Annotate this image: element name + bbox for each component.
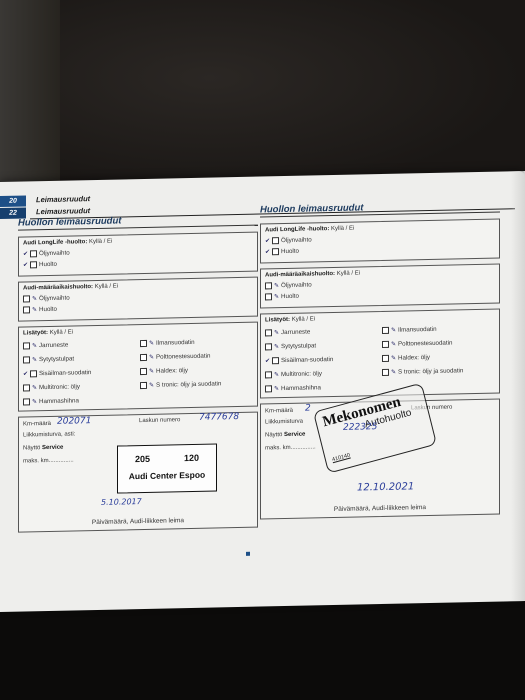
checkbox-row: ✎Multitronic: öljy (265, 369, 378, 378)
box-heading: Audi LongLife -huolto: (265, 226, 329, 233)
checkbox[interactable] (272, 357, 279, 364)
checkbox[interactable] (265, 371, 272, 378)
column-title: Huollon leimausruudut (260, 200, 500, 218)
checkbox[interactable] (382, 327, 389, 334)
strike-mark-icon: ✎ (274, 385, 279, 392)
display-label: Näyttö Service (265, 432, 305, 439)
max-km-label: maks. km............... (265, 444, 316, 451)
checkbox-label: Sisäilman-suodatin (281, 356, 333, 364)
longlife-box: Audi LongLife -huolto: Kyllä / Ei ✔Öljyn… (260, 219, 500, 264)
yes-no-label: Kyllä / Ei (292, 316, 315, 322)
checkbox-row: ✎Multitronic: öljy (23, 382, 136, 391)
box-heading: Audi-määräaikaishuolto: (265, 271, 335, 278)
yes-no-label: Kyllä / Ei (337, 270, 360, 276)
checkbox[interactable] (140, 368, 147, 375)
checkbox-label: Haldex: öljy (398, 354, 430, 362)
stamp-number: 205 (135, 454, 150, 464)
checkbox-label: Haldex: öljy (156, 367, 188, 375)
service-book-page: 20 Leimausruudut 22 Leimausruudut Huollo… (0, 171, 525, 612)
checkbox-row: ✎Jarruneste (23, 340, 136, 349)
right-stamp-column: Huollon leimausruudut Audi LongLife -huo… (260, 200, 500, 525)
checkbox[interactable] (382, 369, 389, 376)
checkbox-label: Multitronic: öljy (281, 370, 322, 378)
left-stamp-column: Huollon leimausruudut Audi LongLife -huo… (18, 213, 258, 538)
checkbox-row: ✎Haldex: öljy (140, 366, 253, 375)
checkbox[interactable] (30, 370, 37, 377)
yes-no-label: Kyllä / Ei (50, 329, 73, 335)
strike-mark-icon: ✎ (274, 371, 279, 378)
check-mark-icon: ✔ (265, 237, 270, 244)
service-record-box: Km-määrä 202071 Laskun numero 7477678 Li… (18, 412, 258, 533)
checkbox[interactable] (140, 382, 147, 389)
box-heading: Audi-määräaikaishuolto: (23, 284, 93, 291)
checkbox-row: ✔Öljynvaihto (265, 233, 495, 245)
strike-mark-icon: ✎ (274, 293, 279, 300)
maaraaikais-box: Audi-määräaikaishuolto: Kyllä / Ei ✎Öljy… (260, 264, 500, 309)
maaraaikais-box: Audi-määräaikaishuolto: Kyllä / Ei ✎Öljy… (18, 277, 258, 322)
strike-mark-icon: ✎ (149, 340, 154, 347)
check-mark-icon: ✔ (23, 261, 28, 268)
yes-no-label: Kyllä / Ei (89, 239, 112, 245)
strike-mark-icon: ✎ (32, 398, 37, 405)
checkbox[interactable] (23, 342, 30, 349)
box-heading: Audi LongLife -huolto: (23, 239, 87, 246)
checkbox[interactable] (30, 250, 37, 257)
warranty-label: Liikkumisturva, asti: (23, 431, 75, 438)
display-label: Näyttö Service (23, 445, 63, 452)
page-number-tab: 20 (0, 195, 26, 207)
checkbox-row: ✎Hammashihna (23, 396, 136, 405)
checkbox-row: ✎Huolto (265, 289, 495, 301)
checkbox-row: ✎S tronic: öljy ja suodatin (140, 380, 253, 389)
dark-background (0, 0, 525, 195)
checkbox[interactable] (23, 384, 30, 391)
dark-surface (0, 600, 525, 700)
checkbox-row: ✎Ilmansuodatin (382, 325, 495, 334)
longlife-box: Audi LongLife -huolto: Kyllä / Ei ✔Öljyn… (18, 232, 258, 277)
km-value-handwritten: 202071 (57, 416, 91, 427)
strike-mark-icon: ✎ (32, 295, 37, 302)
invoice-label: Laskun numero (139, 417, 180, 424)
strike-mark-icon: ✎ (149, 382, 154, 389)
display-text: Näyttö (265, 432, 282, 438)
strike-mark-icon: ✎ (391, 327, 396, 334)
checkbox-label: Sisäilman-suodatin (39, 369, 91, 377)
invoice-value-handwritten: 7477678 (199, 412, 239, 423)
date-stamp-label: Päivämäärä, Audi-liikkeen leima (19, 516, 257, 528)
checkbox-label: Jarruneste (281, 329, 310, 337)
strike-mark-icon: ✎ (274, 329, 279, 336)
checkbox-label: S tronic: öljy ja suodatin (156, 380, 221, 388)
checkbox-row: ✎Öljynvaihto (265, 278, 495, 290)
checkbox-row: ✎Sytytystulpat (265, 341, 378, 350)
checkbox[interactable] (265, 282, 272, 289)
checkbox-label: Jarruneste (39, 342, 68, 350)
checkbox-label: Hammashihna (39, 397, 79, 405)
checkbox-label: Öljynvaihto (281, 236, 312, 244)
checkbox-row: ✎Öljynvaihto (23, 291, 253, 303)
checkbox-label: Huolto (39, 261, 57, 268)
yes-no-label: Kyllä / Ei (331, 226, 354, 232)
strike-mark-icon: ✎ (32, 384, 37, 391)
checkbox-label: S tronic: öljy ja suodatin (398, 367, 463, 375)
strike-mark-icon: ✎ (391, 369, 396, 376)
checkbox[interactable] (23, 398, 30, 405)
checkbox[interactable] (30, 261, 37, 268)
checkbox-row: ✎Huolto (23, 302, 253, 314)
checkbox[interactable] (23, 295, 30, 302)
checkbox[interactable] (140, 354, 147, 361)
checkbox-label: Ilmansuodatin (156, 339, 195, 347)
checkbox[interactable] (382, 341, 389, 348)
display-bold: Service (42, 445, 63, 451)
section-header: Leimausruudut (36, 206, 90, 216)
checkbox-label: Polttonestesuodatin (156, 353, 210, 361)
checkbox[interactable] (23, 356, 30, 363)
checkbox-label: Öljynvaihto (39, 250, 70, 258)
checkbox[interactable] (265, 385, 272, 392)
lisatyot-box: Lisätyöt: Kyllä / Ei ✎Jarruneste ✎Ilmans… (18, 322, 258, 412)
strike-mark-icon: ✎ (32, 342, 37, 349)
checkbox-label: Multitronic: öljy (39, 383, 80, 391)
check-mark-icon: ✔ (265, 357, 270, 364)
checkbox-row: ✔Huolto (23, 257, 253, 269)
checkbox-label: Huolto (281, 248, 299, 255)
checkbox-label: Sytytystulpat (39, 355, 74, 363)
max-km-label: maks. km............... (23, 457, 74, 464)
checkbox-label: Ilmansuodatin (398, 326, 437, 334)
checkbox[interactable] (265, 293, 272, 300)
strike-mark-icon: ✎ (32, 356, 37, 363)
checkbox-row: ✎Hammashihna (265, 383, 378, 392)
checkbox-row: ✎Jarruneste (265, 327, 378, 336)
checkbox[interactable] (140, 340, 147, 347)
km-label: Km-määrä (23, 421, 51, 428)
checkbox-row: ✎Polttonestesuodatin (382, 339, 495, 348)
strike-mark-icon: ✎ (149, 368, 154, 375)
check-mark-icon: ✔ (23, 370, 28, 377)
checkbox-row: ✔Sisäilman-suodatin (265, 355, 378, 364)
checkbox-label: Öljynvaihto (281, 281, 312, 289)
strike-mark-icon: ✎ (391, 341, 396, 348)
yes-no-label: Kyllä / Ei (95, 284, 118, 290)
checkbox-label: Huolto (39, 306, 57, 313)
page-marker (246, 552, 250, 556)
box-heading: Lisätyöt: (23, 330, 48, 337)
checkbox-label: Öljynvaihto (39, 295, 70, 303)
strike-mark-icon: ✎ (32, 306, 37, 313)
km-label: Km-määrä (265, 408, 293, 415)
display-bold: Service (284, 432, 305, 438)
checkbox-row: ✎Sytytystulpat (23, 354, 136, 363)
dealer-stamp: 205120 Audi Center Espoo (117, 443, 217, 493)
warranty-label: Liikkumisturva (265, 419, 303, 426)
strike-mark-icon: ✎ (149, 354, 154, 361)
box-heading: Lisätyöt: (265, 317, 290, 324)
check-mark-icon: ✔ (265, 248, 270, 255)
checkbox-row: ✎Ilmansuodatin (140, 338, 253, 347)
checkbox-row: ✔Öljynvaihto (23, 246, 253, 258)
strike-mark-icon: ✎ (274, 343, 279, 350)
checkbox-row: ✎Polttonestesuodatin (140, 352, 253, 361)
km-handwritten: 222325 (343, 422, 377, 433)
checkbox-label: Hammashihna (281, 384, 321, 392)
checkbox-row: ✎S tronic: öljy ja suodatin (382, 367, 495, 376)
checkbox[interactable] (265, 343, 272, 350)
date-handwritten: 5.10.2017 (101, 497, 142, 507)
checkbox-label: Polttonestesuodatin (398, 340, 452, 348)
display-text: Näyttö (23, 445, 40, 451)
checkbox-row: ✔Sisäilman-suodatin (23, 368, 136, 377)
strike-mark-icon: ✎ (274, 282, 279, 289)
check-mark-icon: ✔ (23, 250, 28, 257)
checkbox-row: ✔Huolto (265, 244, 495, 256)
date-stamp-label: Päivämäärä, Audi-liikkeen leima (261, 503, 499, 515)
checkbox[interactable] (272, 237, 279, 244)
lisatyot-box: Lisätyöt: Kyllä / Ei ✎Jarruneste ✎Ilmans… (260, 309, 500, 399)
checkbox[interactable] (382, 355, 389, 362)
workshop-code: 410140 (332, 453, 351, 464)
stamp-number: 120 (184, 453, 199, 463)
dealer-name: Audi Center Espoo (118, 469, 216, 481)
checkbox[interactable] (23, 306, 30, 313)
booklet-cover-edge (0, 0, 60, 190)
strike-mark-icon: ✎ (391, 355, 396, 362)
checkbox-label: Sytytystulpat (281, 342, 316, 350)
date-handwritten: 12.10.2021 (357, 481, 414, 493)
checkbox[interactable] (272, 248, 279, 255)
section-header: Leimausruudut (36, 194, 90, 204)
checkbox-row: ✎Haldex: öljy (382, 353, 495, 362)
service-record-box: Km-määrä 2 Laskun numero Liikkumisturva … (260, 399, 500, 520)
km-value-handwritten: 2 (305, 403, 311, 413)
checkbox[interactable] (265, 329, 272, 336)
checkbox-label: Huolto (281, 293, 299, 300)
